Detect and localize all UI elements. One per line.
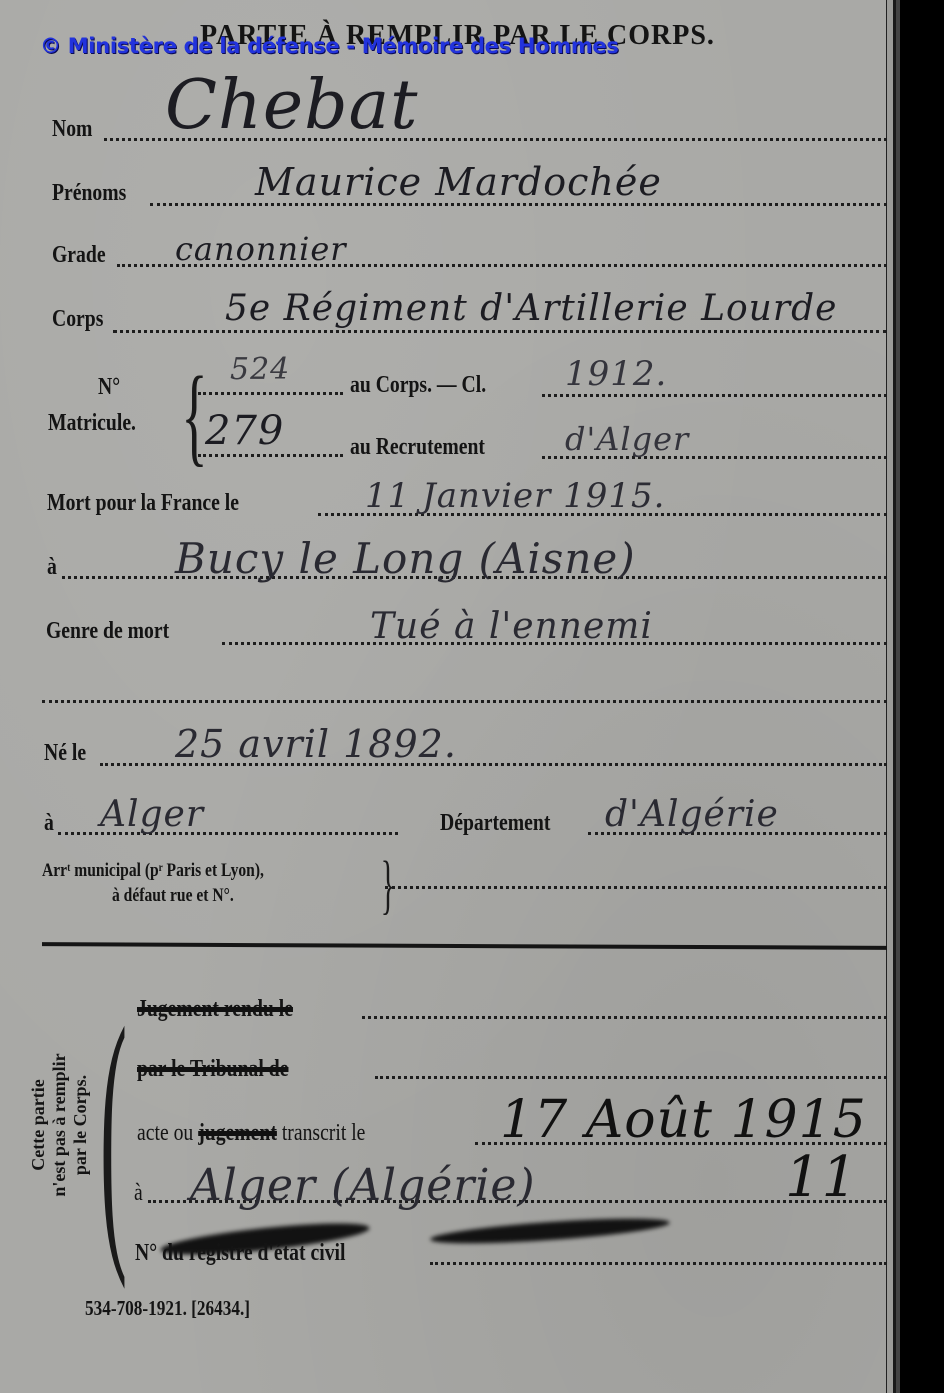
au-corps-label: au Corps. — Cl. (350, 372, 486, 399)
tribunal-label: par le Tribunal de (137, 1056, 288, 1083)
prenoms-label: Prénoms (52, 180, 126, 207)
side-note-line-3: par le Corps. (70, 1010, 91, 1240)
acte-label-struck: jugement (198, 1120, 277, 1146)
registre-label: N° du registre d'état civil (135, 1240, 345, 1267)
mort-lieu-label: à (47, 554, 57, 581)
ne-a-value: Alger (100, 794, 204, 835)
copyright-watermark: © Ministère de la défense - Mémoire des … (40, 34, 619, 58)
arrondissement-line (385, 886, 887, 889)
side-note-line-1: Cette partie (28, 1010, 49, 1240)
corps-value: 5e Régiment d'Artillerie Lourde (225, 288, 837, 329)
acte-value: 17 Août 1915 (500, 1090, 867, 1150)
grade-value: canonnier (175, 230, 347, 268)
corps-label: Corps (52, 306, 103, 333)
footer-code: 534-708-1921. [26434.] (85, 1296, 250, 1321)
departement-label: Département (440, 810, 550, 837)
matricule-label-no: N° (98, 374, 120, 401)
nom-value: Chebat (165, 66, 418, 145)
tribunal-line (375, 1076, 887, 1079)
grade-label: Grade (52, 242, 106, 269)
matricule-label: Matricule. (48, 410, 136, 437)
au-corps-value: 524 (230, 352, 290, 387)
ne-a-label: à (44, 810, 54, 837)
recrutement-label: au Recrutement (350, 434, 485, 461)
ne-le-value: 25 avril 1892. (175, 722, 457, 766)
acte-lieu-label: à (134, 1180, 143, 1207)
jugement-line (362, 1016, 887, 1019)
card-edge (896, 0, 900, 1393)
mort-date-label: Mort pour la France le (47, 490, 239, 517)
arrondissement-brace: } (381, 852, 395, 918)
genre-mort-label: Genre de mort (46, 618, 169, 645)
au-corps-line (198, 392, 343, 395)
section-divider (42, 942, 887, 950)
recrutement-value: d'Alger (565, 420, 689, 458)
mort-lieu-value: Bucy le Long (Aisne) (175, 534, 636, 583)
jugement-label: Jugement rendu le (137, 996, 293, 1023)
nom-label: Nom (52, 116, 92, 143)
prenoms-value: Maurice Mardochée (255, 160, 662, 204)
registre-value: 11 (785, 1145, 858, 1210)
blank-line (42, 700, 887, 703)
lower-brace: ( (100, 985, 127, 1275)
death-record-card: PARTIE À REMPLIR PAR LE CORPS. Nom Cheba… (0, 0, 896, 1393)
mort-date-value: 11 Janvier 1915. (365, 476, 665, 516)
arrondissement-label-2: à défaut rue et N°. (112, 885, 234, 907)
ne-le-label: Né le (44, 740, 86, 767)
side-note: Cette partie n'est pas à remplir par le … (28, 1010, 91, 1240)
recrutement-number-line (198, 454, 343, 457)
side-note-line-2: n'est pas à remplir (49, 1010, 70, 1240)
classe-value: 1912. (565, 354, 667, 394)
acte-label: acte ou jugement transcrit le (137, 1120, 365, 1147)
acte-lieu-value: Alger (Algérie) (190, 1160, 536, 1211)
acte-label-suffix: transcrit le (277, 1120, 366, 1146)
classe-line (542, 394, 887, 397)
recrutement-number: 279 (205, 408, 284, 454)
arrondissement-label-1: Arrᵗ municipal (pʳ Paris et Lyon), (42, 860, 264, 882)
corps-line (113, 330, 887, 333)
departement-value: d'Algérie (605, 794, 779, 835)
acte-label-prefix: acte ou (137, 1120, 198, 1146)
ink-smear-right (430, 1214, 671, 1249)
registre-line (430, 1262, 887, 1265)
genre-mort-value: Tué à l'ennemi (370, 606, 653, 647)
